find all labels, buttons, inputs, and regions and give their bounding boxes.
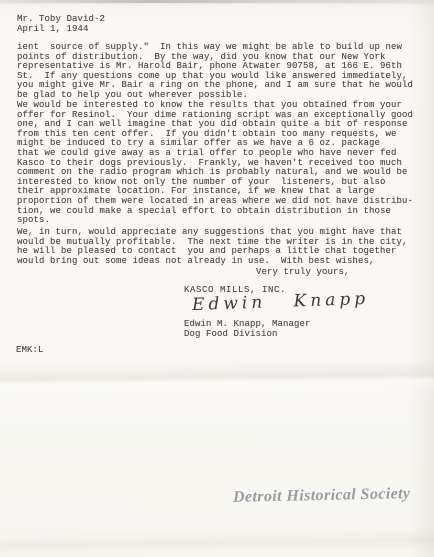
archive-stamp: Detroit Historical Society — [233, 485, 411, 507]
recipient-and-date: Mr. Toby David-2 April 1, 1944 — [17, 15, 105, 34]
typist-initials: EMK:L — [16, 346, 44, 356]
letter-page: Mr. Toby David-2 April 1, 1944 ient sour… — [0, 0, 434, 557]
scan-top-edge — [0, 0, 434, 3]
signer-name-and-title: Edwin M. Knapp, Manager Dog Food Divisio… — [184, 320, 311, 339]
paper-fold-crease-bottom — [0, 528, 434, 556]
body-paragraph-2: We would be interested to know the resul… — [17, 101, 421, 226]
closing-line: Very truly yours, — [256, 268, 350, 278]
body-paragraph-3: We, in turn, would appreciate any sugges… — [17, 228, 421, 266]
paper-fold-crease — [0, 360, 434, 399]
body-paragraph-1: ient source of supply." In this way we m… — [17, 43, 421, 101]
